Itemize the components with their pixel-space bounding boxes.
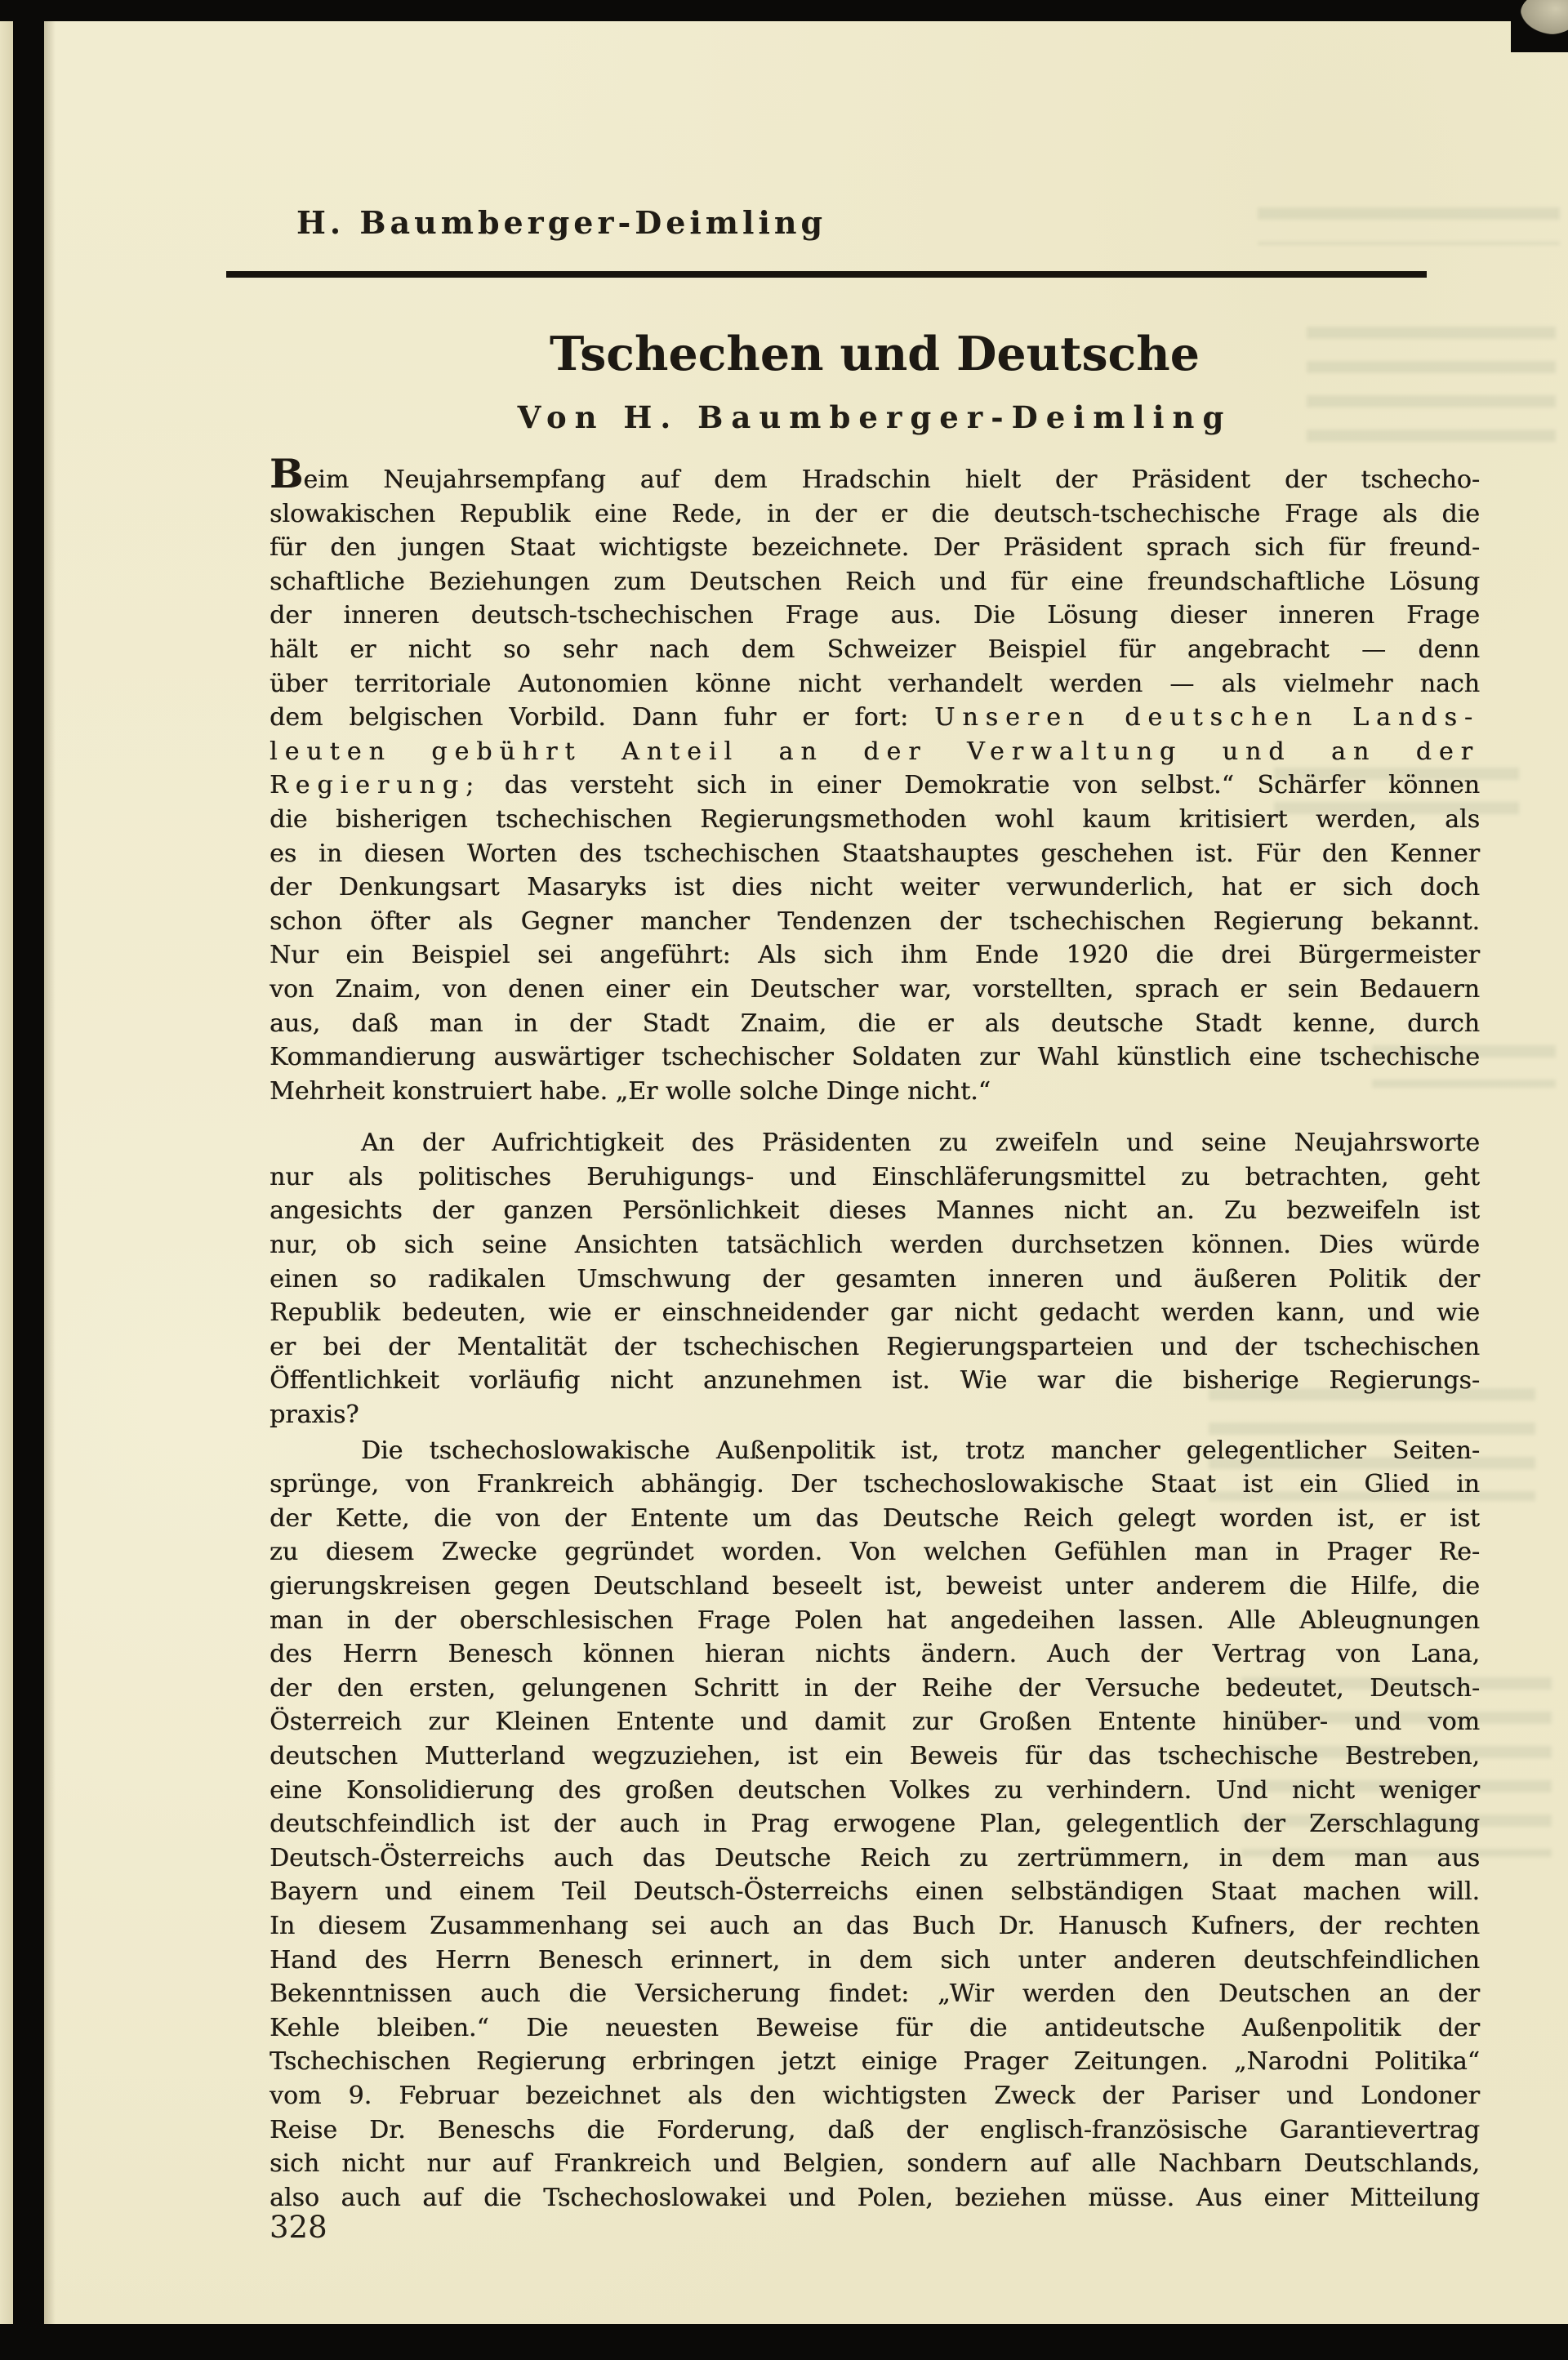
text-line: dem belgischen Vorbild. Dann fuhr er for… [269, 701, 1480, 735]
page-gutter-shadow [44, 21, 56, 2324]
text-line: In diesem Zusammenhang sei auch an das B… [269, 1909, 1480, 1944]
running-header: H. Baumberger-Deimling [296, 204, 826, 241]
text-line: von Znaim, von denen einer ein Deutscher… [269, 973, 1480, 1007]
text-line: Bayern und einem Teil Deutsch-Österreich… [269, 1875, 1480, 1909]
text-line: Tschechischen Regierung erbringen jetzt … [269, 2045, 1480, 2079]
text-line: der den ersten, gelungenen Schritt in de… [269, 1672, 1480, 1706]
text-line: schon öfter als Gegner mancher Tendenzen… [269, 905, 1480, 939]
text-line: der Kette, die von der Entente um das De… [269, 1502, 1480, 1536]
text-line: des Herrn Benesch können hieran nichts ä… [269, 1637, 1480, 1672]
paragraph: Beim Neujahrsempfang auf dem Hradschin h… [269, 454, 1480, 1108]
text-line: der Denkungsart Masaryks ist dies nicht … [269, 871, 1480, 905]
text-line: Reise Dr. Beneschs die Forderung, daß de… [269, 2113, 1480, 2148]
text-line: Deutsch-Österreichs auch das Deutsche Re… [269, 1841, 1480, 1876]
text-line: man in der oberschlesischen Frage Polen … [269, 1604, 1480, 1638]
text-line: schaftliche Beziehungen zum Deutschen Re… [269, 565, 1480, 599]
scan-border-left [13, 0, 44, 2360]
text-line: deutschen Mutterland wegzuziehen, ist ei… [269, 1739, 1480, 1774]
header-rule [226, 271, 1427, 278]
text-line: leuten gebührt Anteil an der Verwaltung … [269, 735, 1480, 769]
paragraph: An der Aufrichtigkeit des Präsidenten zu… [269, 1126, 1480, 1432]
text-line: also auch auf die Tschechoslowakei und P… [269, 2181, 1480, 2215]
text-line: für den jungen Staat wichtigste bezeichn… [269, 531, 1480, 565]
paragraph: Die tschechoslowakische Außenpolitik ist… [269, 1434, 1480, 2215]
article-title: Tschechen und Deutsche [269, 327, 1480, 381]
article-byline: Von H. Baumberger-Deimling [269, 399, 1480, 435]
text-line: nur, ob sich seine Ansichten tatsächlich… [269, 1228, 1480, 1262]
text-line: die bisherigen tschechischen Regierungsm… [269, 803, 1480, 837]
text-line: zu diesem Zwecke gegründet worden. Von w… [269, 1535, 1480, 1570]
text-line: Österreich zur Kleinen Entente und damit… [269, 1705, 1480, 1739]
text-line: Hand des Herrn Benesch erinnert, in dem … [269, 1944, 1480, 1978]
text-line: nur als politisches Beruhigungs- und Ein… [269, 1160, 1480, 1195]
scanner-edge-strip [0, 0, 13, 2360]
text-line: Kehle bleiben.“ Die neuesten Beweise für… [269, 2011, 1480, 2046]
text-line: Republik bedeuten, wie er einschneidende… [269, 1296, 1480, 1330]
text-line: einen so radikalen Umschwung der gesamte… [269, 1262, 1480, 1297]
text-line: es in diesen Worten des tschechischen St… [269, 837, 1480, 871]
scan-border-bottom [0, 2324, 1568, 2360]
text-line: Bekenntnissen auch die Versicherung find… [269, 1977, 1480, 2011]
scanned-book-page: H. Baumberger-Deimling Tschechen und Deu… [0, 0, 1568, 2360]
text-line: slowakischen Republik eine Rede, in der … [269, 497, 1480, 532]
text-line: deutschfeindlich ist der auch in Prag er… [269, 1807, 1480, 1841]
text-line: Beim Neujahrsempfang auf dem Hradschin h… [269, 454, 1480, 497]
text-line: er bei der Mentalität der tschechischen … [269, 1330, 1480, 1365]
text-line: hält er nicht so sehr nach dem Schweizer… [269, 633, 1480, 667]
text-line: sich nicht nur auf Frankreich und Belgie… [269, 2147, 1480, 2181]
text-line: Kommandierung auswärtiger tschechischer … [269, 1040, 1480, 1075]
text-line: sprünge, von Frankreich abhängig. Der ts… [269, 1467, 1480, 1502]
text-line: Öffentlichkeit vorläufig nicht anzunehme… [269, 1364, 1480, 1398]
scan-border-top [0, 0, 1568, 21]
page-number: 328 [269, 2210, 327, 2245]
text-line: über territoriale Autonomien könne nicht… [269, 667, 1480, 701]
text-line: eine Konsolidierung des großen deutschen… [269, 1774, 1480, 1808]
text-line: der inneren deutsch-tschechischen Frage … [269, 599, 1480, 633]
text-line: aus, daß man in der Stadt Znaim, die er … [269, 1007, 1480, 1041]
text-line: Mehrheit konstruiert habe. „Er wolle sol… [269, 1075, 1480, 1109]
article-body: Beim Neujahrsempfang auf dem Hradschin h… [269, 454, 1480, 2215]
text-line: angesichts der ganzen Persönlichkeit die… [269, 1194, 1480, 1228]
text-line: Regierung; das versteht sich in einer De… [269, 768, 1480, 803]
text-line: An der Aufrichtigkeit des Präsidenten zu… [269, 1126, 1480, 1160]
text-line: vom 9. Februar bezeichnet als den wichti… [269, 2079, 1480, 2113]
text-line: Nur ein Beispiel sei angeführt: Als sich… [269, 938, 1480, 973]
text-line: praxis? [269, 1398, 1480, 1432]
text-line: gierungskreisen gegen Deutschland beseel… [269, 1570, 1480, 1604]
text-line: Die tschechoslowakische Außenpolitik ist… [269, 1434, 1480, 1468]
